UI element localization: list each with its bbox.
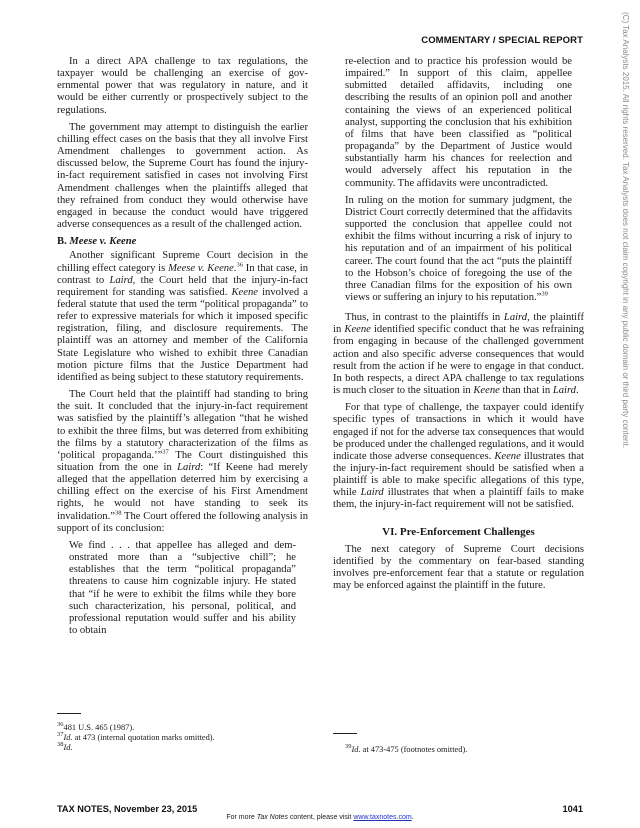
subsection-heading: B. Meese v. Keene xyxy=(57,236,308,248)
paragraph: For that type of challenge, the taxpayer… xyxy=(333,402,584,511)
paragraph: The next category of Supreme Court decis… xyxy=(333,544,584,593)
copyright-text: (C) Tax Analysts 2015. All rights reserv… xyxy=(621,12,630,448)
taxnotes-link[interactable]: www.taxnotes.com xyxy=(353,814,411,821)
right-column: re-election and to practice his professi… xyxy=(333,56,584,597)
publication-footer: TAX NOTES, November 23, 2015 xyxy=(57,804,197,814)
paragraph: Thus, in contrast to the plaintiffs in L… xyxy=(333,312,584,397)
footnote-37: 37Id. at 473 (internal quotation marks o… xyxy=(57,733,307,743)
block-quote-continued: re-election and to practice his professi… xyxy=(345,56,572,304)
footnotes-right: 39Id. at 473-475 (footnotes omitted). xyxy=(345,745,585,755)
page-number: 1041 xyxy=(563,804,583,814)
footnote-divider xyxy=(333,733,357,734)
footnotes-left: 36481 U.S. 465 (1987). 37Id. at 473 (int… xyxy=(57,723,307,753)
paragraph: The government may attempt to distinguis… xyxy=(57,122,308,231)
side-copyright-notice: (C) Tax Analysts 2015. All rights reserv… xyxy=(620,12,630,532)
footnote-36: 36481 U.S. 465 (1987). xyxy=(57,723,307,733)
paragraph: The Court held that the plaintiff had st… xyxy=(57,389,308,535)
footnote-39: 39Id. at 473-475 (footnotes omitted). xyxy=(345,745,585,755)
block-quote: We find . . . that appellee has alleged … xyxy=(69,540,296,637)
paragraph: Another significant Supreme Court decisi… xyxy=(57,250,308,384)
left-column: In a direct APA challenge to tax regulat… xyxy=(57,56,308,642)
visit-notice: For more Tax Notes content, please visit… xyxy=(0,814,640,821)
document-page: COMMENTARY / SPECIAL REPORT (C) Tax Anal… xyxy=(0,0,640,828)
footnote-divider xyxy=(57,713,81,714)
footnote-ref[interactable]: 39 xyxy=(541,290,548,297)
footnote-38: 38Id. xyxy=(57,743,307,753)
running-head: COMMENTARY / SPECIAL REPORT xyxy=(421,35,583,46)
section-heading: VI. Pre-Enforcement Challenges xyxy=(333,526,584,538)
paragraph: In a direct APA challenge to tax regulat… xyxy=(57,56,308,117)
